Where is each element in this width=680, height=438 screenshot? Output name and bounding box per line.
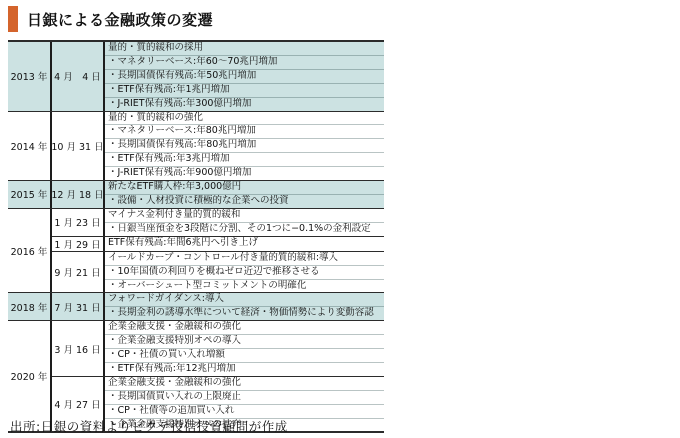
content-lines: イールドカーブ・コントロール付き量的質的緩和:導入・10年国債の利回りを概ねゼロ… bbox=[105, 252, 384, 293]
content-lines: ETF保有残高:年間6兆円へ引き上げ bbox=[105, 237, 384, 251]
content-line: イールドカーブ・コントロール付き量的質的緩和:導入 bbox=[105, 252, 384, 265]
content-line: フォワードガイダンス:導入 bbox=[105, 293, 384, 306]
entry-row: 7 月 31 日フォワードガイダンス:導入・長期金利の誘導水準について経済・物価… bbox=[52, 293, 384, 320]
entry-list: 12 月 18 日新たなETF購入枠:年3,000億円・設備・人材投資に積極的な… bbox=[52, 181, 384, 208]
entry-list: 3 月 16 日企業金融支援・金融緩和の強化・企業金融支援特別オペの導入・CP・… bbox=[52, 321, 384, 431]
content-line: 企業金融支援・金融緩和の強化 bbox=[105, 321, 384, 334]
content-line: ・10年国債の利回りを概ねゼロ近辺で推移させる bbox=[105, 265, 384, 279]
year-label: 2015 年 bbox=[8, 181, 52, 208]
date-label: 1 月 29 日 bbox=[52, 237, 105, 251]
content-line: ・ETF保有残高:年12兆円増加 bbox=[105, 362, 384, 376]
date-label: 4 月 4 日 bbox=[52, 42, 105, 111]
content-line: ・マネタリーベース:年60〜70兆円増加 bbox=[105, 55, 384, 69]
entry-row: 10 月 31 日量的・質的緩和の強化・マネタリーベース:年80兆円増加・長期国… bbox=[52, 112, 384, 181]
content-line: 量的・質的緩和の強化 bbox=[105, 112, 384, 125]
content-line: ・ETF保有残高:年3兆円増加 bbox=[105, 152, 384, 166]
content-lines: マイナス金利付き量的質的緩和・日銀当座預金を3段階に分割、その1つに−0.1%の… bbox=[105, 209, 384, 236]
content-line: ・オーバーシュート型コミットメントの明確化 bbox=[105, 279, 384, 293]
content-line: 量的・質的緩和の採用 bbox=[105, 42, 384, 55]
content-line: ・CP・社債の買い入れ増額 bbox=[105, 348, 384, 362]
content-line: ・日銀当座預金を3段階に分割、その1つに−0.1%の金利設定 bbox=[105, 222, 384, 236]
policy-table: 2013 年4 月 4 日量的・質的緩和の採用・マネタリーベース:年60〜70兆… bbox=[8, 40, 384, 433]
entry-list: 10 月 31 日量的・質的緩和の強化・マネタリーベース:年80兆円増加・長期国… bbox=[52, 112, 384, 181]
content-line: ・企業金融支援特別オペの導入 bbox=[105, 334, 384, 348]
content-line: 企業金融支援・金融緩和の強化 bbox=[105, 377, 384, 390]
content-line: ・長期金利の誘導水準について経済・物価情勢により変動容認 bbox=[105, 306, 384, 320]
content-lines: 量的・質的緩和の強化・マネタリーベース:年80兆円増加・長期国債保有残高:年80… bbox=[105, 112, 384, 181]
content-line: ・設備・人材投資に積極的な企業への投資 bbox=[105, 194, 384, 208]
content-line: ・長期国債買い入れの上限廃止 bbox=[105, 390, 384, 404]
entry-list: 1 月 23 日マイナス金利付き量的質的緩和・日銀当座預金を3段階に分割、その1… bbox=[52, 209, 384, 293]
entry-list: 7 月 31 日フォワードガイダンス:導入・長期金利の誘導水準について経済・物価… bbox=[52, 293, 384, 320]
content-line: ・J-RIET保有残高:年900億円増加 bbox=[105, 166, 384, 180]
year-label: 2016 年 bbox=[8, 209, 52, 293]
year-label: 2020 年 bbox=[8, 321, 52, 431]
entry-row: 4 月 4 日量的・質的緩和の採用・マネタリーベース:年60〜70兆円増加・長期… bbox=[52, 42, 384, 111]
source-note: 出所:日銀の資料よりピクテ投信投資顧問が作成 bbox=[10, 417, 288, 435]
entry-row: 1 月 29 日ETF保有残高:年間6兆円へ引き上げ bbox=[52, 236, 384, 251]
content-line: ETF保有残高:年間6兆円へ引き上げ bbox=[105, 237, 384, 250]
page: 日銀による金融政策の変遷 2013 年4 月 4 日量的・質的緩和の採用・マネタ… bbox=[0, 0, 680, 438]
content-line: マイナス金利付き量的質的緩和 bbox=[105, 209, 384, 222]
content-line: ・長期国債保有残高:年50兆円増加 bbox=[105, 69, 384, 83]
content-line: ・長期国債保有残高:年80兆円増加 bbox=[105, 138, 384, 152]
table-row-group: 2015 年12 月 18 日新たなETF購入枠:年3,000億円・設備・人材投… bbox=[8, 180, 384, 208]
date-label: 12 月 18 日 bbox=[52, 181, 105, 208]
date-label: 9 月 21 日 bbox=[52, 252, 105, 293]
content-line: ・CP・社債等の追加買い入れ bbox=[105, 404, 384, 418]
entry-list: 4 月 4 日量的・質的緩和の採用・マネタリーベース:年60〜70兆円増加・長期… bbox=[52, 42, 384, 111]
entry-row: 12 月 18 日新たなETF購入枠:年3,000億円・設備・人材投資に積極的な… bbox=[52, 181, 384, 208]
table-row-group: 2016 年1 月 23 日マイナス金利付き量的質的緩和・日銀当座預金を3段階に… bbox=[8, 208, 384, 293]
date-label: 1 月 23 日 bbox=[52, 209, 105, 236]
year-label: 2018 年 bbox=[8, 293, 52, 320]
year-label: 2013 年 bbox=[8, 42, 52, 111]
date-label: 10 月 31 日 bbox=[52, 112, 105, 181]
entry-row: 1 月 23 日マイナス金利付き量的質的緩和・日銀当座預金を3段階に分割、その1… bbox=[52, 209, 384, 236]
table-row-group: 2013 年4 月 4 日量的・質的緩和の採用・マネタリーベース:年60〜70兆… bbox=[8, 42, 384, 111]
page-title: 日銀による金融政策の変遷 bbox=[27, 9, 213, 30]
content-lines: フォワードガイダンス:導入・長期金利の誘導水準について経済・物価情勢により変動容… bbox=[105, 293, 384, 320]
header: 日銀による金融政策の変遷 bbox=[0, 0, 680, 32]
entry-row: 9 月 21 日イールドカーブ・コントロール付き量的質的緩和:導入・10年国債の… bbox=[52, 251, 384, 293]
date-label: 7 月 31 日 bbox=[52, 293, 105, 320]
table-row-group: 2014 年10 月 31 日量的・質的緩和の強化・マネタリーベース:年80兆円… bbox=[8, 111, 384, 181]
date-label: 3 月 16 日 bbox=[52, 321, 105, 376]
content-lines: 新たなETF購入枠:年3,000億円・設備・人材投資に積極的な企業への投資 bbox=[105, 181, 384, 208]
entry-row: 3 月 16 日企業金融支援・金融緩和の強化・企業金融支援特別オペの導入・CP・… bbox=[52, 321, 384, 376]
year-label: 2014 年 bbox=[8, 112, 52, 181]
content-line: ・J-RIET保有残高:年300億円増加 bbox=[105, 97, 384, 111]
content-line: ・ETF保有残高:年1兆円増加 bbox=[105, 83, 384, 97]
content-lines: 量的・質的緩和の採用・マネタリーベース:年60〜70兆円増加・長期国債保有残高:… bbox=[105, 42, 384, 111]
content-lines: 企業金融支援・金融緩和の強化・企業金融支援特別オペの導入・CP・社債の買い入れ増… bbox=[105, 321, 384, 376]
title-accent-bar bbox=[8, 6, 18, 32]
content-line: 新たなETF購入枠:年3,000億円 bbox=[105, 181, 384, 194]
content-line: ・マネタリーベース:年80兆円増加 bbox=[105, 124, 384, 138]
table-row-group: 2018 年7 月 31 日フォワードガイダンス:導入・長期金利の誘導水準につい… bbox=[8, 292, 384, 320]
table-row-group: 2020 年3 月 16 日企業金融支援・金融緩和の強化・企業金融支援特別オペの… bbox=[8, 320, 384, 431]
